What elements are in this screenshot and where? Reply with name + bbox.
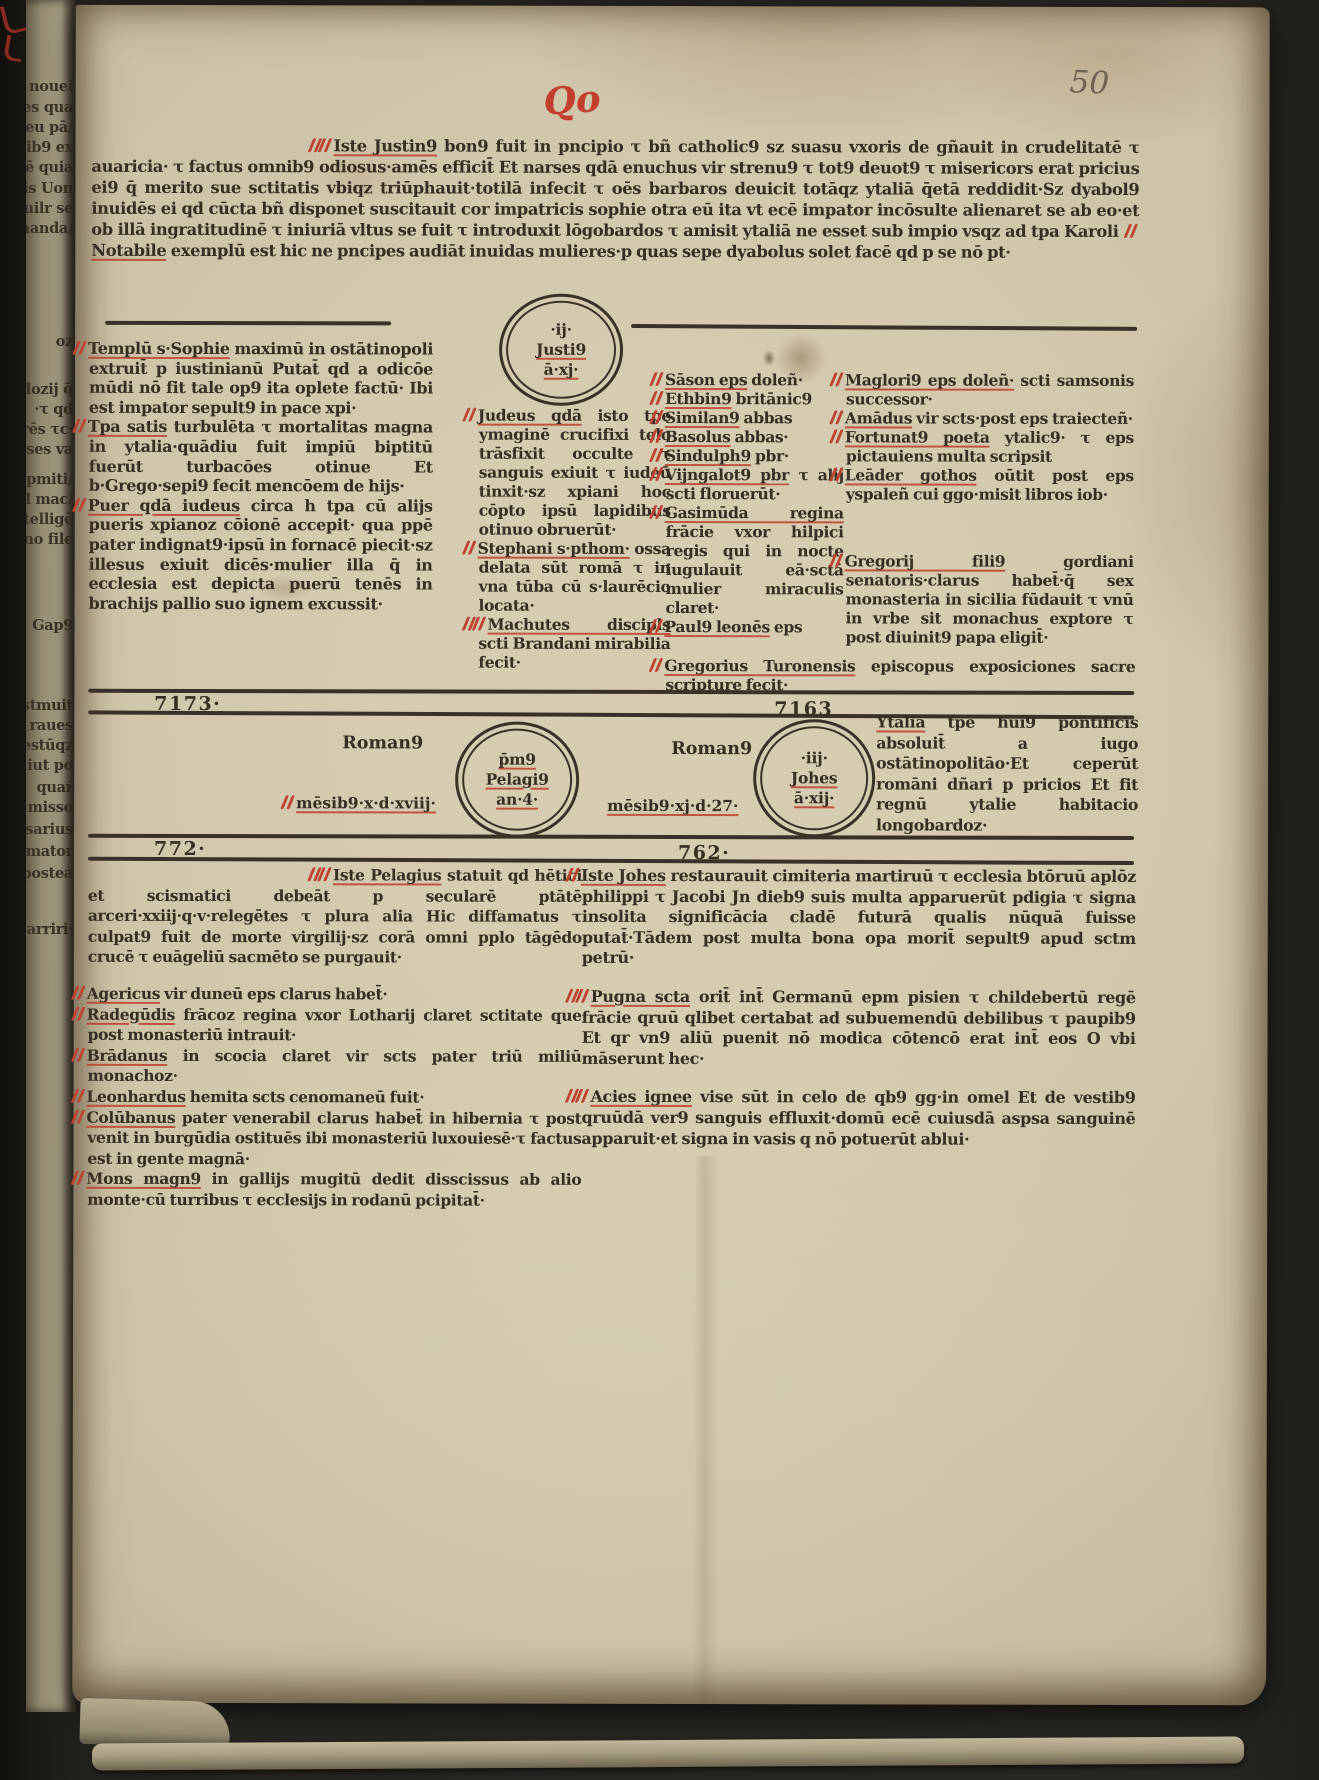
entry-head: Gregorius Turonensis: [664, 656, 855, 675]
section-rule-left: [105, 321, 391, 325]
margin-text-fragment: misso: [28, 799, 73, 816]
margin-text-fragment: iut po: [27, 757, 73, 774]
stain: [763, 350, 775, 366]
circle-ordinal: ·iij·: [791, 748, 838, 768]
pilcrow-icon: [464, 541, 475, 556]
pilcrow-icon: [650, 619, 661, 634]
margin-text-fragment: manda/: [26, 220, 73, 237]
section-rule-right: [631, 324, 1137, 330]
entry-head: Fortunat9 poeta: [845, 427, 990, 446]
column-3-wide-entry: Gregorius Turonensis episcopus exposicio…: [665, 656, 1135, 695]
entry-head: Mons magn9: [86, 1169, 201, 1188]
pilcrow-icon: [651, 410, 662, 425]
circle-anno: an·4·: [486, 790, 549, 810]
margin-text-fragment: dozij q̄: [26, 381, 73, 398]
column-4: Maglori9 eps doleñ· scti samsonis succes…: [845, 370, 1134, 647]
list-item: Sindulph9 pbr·: [666, 446, 844, 465]
pilcrow-icon: [651, 372, 662, 387]
margin-text-fragment: ib9 ex: [26, 139, 73, 156]
list-item: Colūbanus pater venerabil clarus habet̄ …: [87, 1107, 581, 1170]
entry-head: Gasimūda regina: [665, 503, 844, 522]
intro-body2: exemplū est hic ne pncipes audiāt inuida…: [171, 241, 1011, 262]
list-item: Vijngalot9 pbr τ alij scti floruerūt·: [666, 465, 844, 503]
pilcrow-icon: [650, 658, 661, 673]
pilcrow-icon: [651, 505, 662, 520]
list-item: Pugna scta orit̄ int̄ Germanū epm pisien…: [582, 987, 1136, 1071]
entry-head: Templū s·Sophie: [88, 339, 230, 358]
intro-body: bon9 fuit in pncipio τ bñ catholic9 sz s…: [91, 137, 1139, 241]
pilcrow-icon: [73, 1047, 84, 1062]
entry-head: Similan9: [665, 408, 740, 427]
margin-text-fragment: no file: [26, 531, 73, 548]
pilcrow-icon: [651, 391, 662, 406]
list-item: Agericus vir duneū eps clarus habet̄·: [88, 984, 582, 1006]
pilcrow-icon: [319, 138, 330, 153]
entry-head: Vijngalot9 pbr: [665, 465, 789, 484]
pilcrow-icon: [464, 408, 475, 423]
pontificate-months-1: mēsib9·x·d·xviij·: [282, 793, 436, 812]
entry-head: Radegūdis: [87, 1004, 175, 1023]
entry-head: Acies ignee: [590, 1087, 691, 1106]
circle-ordinal: ·ij·: [536, 319, 586, 339]
circle-name: Justi9: [536, 340, 586, 360]
margin-text-fragment: es qua: [26, 99, 73, 116]
entry-head: Judeus qdā: [478, 406, 582, 425]
red-mark-icon: [282, 795, 293, 810]
entry-head: Iste Johes: [581, 866, 666, 885]
pilcrow-icon: [651, 467, 662, 482]
list-item: Stephani s·pthom· ossa delata sūt romā τ…: [479, 539, 671, 615]
entry-head: Machutes discipls: [487, 615, 670, 634]
pilcrow-icon: [74, 497, 85, 512]
margin-text-fragment: is Uon: [26, 180, 73, 197]
pilcrow-icon: [567, 868, 578, 883]
pilcrow-icon: [577, 989, 588, 1004]
list-item: Sāson eps doleñ·: [666, 370, 844, 389]
pilcrow-icon: [72, 1109, 83, 1124]
book-page: Qo 50 Iste Justin9 bon9 fuit in pncipio …: [72, 5, 1270, 1705]
margin-text-fragment: estūqz: [26, 737, 73, 754]
entry-head: Leāder gothos: [845, 465, 977, 484]
column-3: Sāson eps doleñ·Ethbin9 britānic9Similan…: [665, 370, 844, 636]
pilcrow-icon: [651, 448, 662, 463]
intro-paragraph: Iste Justin9 bon9 fuit in pncipio τ bñ c…: [91, 135, 1139, 263]
list-item: Leonhardus hemita scts cenomaneū fuit·: [87, 1087, 581, 1109]
list-item: Brādanus in scocia claret vir scts pater…: [88, 1046, 582, 1088]
margin-text-fragment: raues: [30, 717, 73, 734]
list-item: Gregorius Turonensis episcopus exposicio…: [665, 656, 1135, 695]
pilcrow-icon: [831, 467, 842, 482]
column-1: Templū s·Sophie maximū in ostātinopoli e…: [89, 339, 434, 614]
list-item: Tpa satis turbulēta τ mortalitas magna i…: [89, 417, 433, 496]
pilcrow-icon: [831, 372, 842, 387]
list-item: Templū s·Sophie maximū in ostātinopoli e…: [89, 339, 433, 418]
list-item: Ethbin9 britānic9: [666, 389, 844, 408]
list-item: Similan9 abbas: [666, 408, 844, 427]
list-item: Leāder gothos oūtit post eps yspaleñ cui…: [846, 465, 1134, 504]
margin-text-fragment: al mac/: [26, 491, 73, 508]
margin-text-fragment: arriri·: [27, 921, 73, 938]
list-item: Iste Johes restaurauit cimiteria martiru…: [582, 866, 1136, 970]
red-corner-scribble: [0, 2, 28, 35]
lower-column-right: Iste Johes restaurauit cimiteria martiru…: [581, 866, 1136, 1150]
margin-text-fragment: sarius: [26, 821, 73, 838]
margin-text-fragment: iuilr se: [26, 200, 73, 217]
pilcrow-icon: [831, 553, 842, 568]
list-item: Amādus vir scts·post eps traiecteñ·: [846, 408, 1134, 428]
pilcrow-icon: [576, 1089, 587, 1104]
page-fold-shading: [692, 1156, 719, 1704]
margin-text-fragment: oz: [56, 333, 73, 350]
quire-mark-handwritten: Qo: [542, 76, 602, 124]
timeline-side-note: Ytalia tpe hui9 pontificis absoluit̄ a i…: [876, 712, 1138, 836]
intro-head2: Notabile: [91, 241, 166, 260]
months-text: mēsib9·x·d·xviij·: [296, 793, 436, 812]
list-item: Acies ignee vise sūt in celo de qb9 gg·i…: [581, 1087, 1135, 1150]
note-head: Ytalia: [876, 712, 925, 731]
pilcrow-icon: [73, 1006, 84, 1021]
page-stack-edge: [92, 1736, 1244, 1770]
list-item: Maglori9 eps doleñ· scti samsonis succes…: [846, 370, 1134, 409]
list-item: Puer qdā iudeus circa h tpa cū alijs pue…: [89, 496, 433, 614]
entry-head: Brādanus: [87, 1046, 168, 1065]
margin-text-fragment: quar̄: [36, 779, 73, 796]
pope-circle-pelagius: p̄m9 Pelagi9 an·4·: [455, 722, 579, 838]
margin-text-fragment: postea: [26, 865, 73, 882]
list-item: Judeus qdā isto tpe ymaginē crucifixi te…: [479, 406, 671, 539]
pilcrow-icon: [72, 1171, 83, 1186]
pontificate-months-2: mēsib9·xj·d·27·: [607, 796, 738, 815]
list-item: Mons magn9 in gallijs mugitū dedit dissc…: [87, 1169, 581, 1211]
margin-text-fragment: nouei: [29, 78, 73, 95]
margin-text-fragment: Gap9: [32, 617, 73, 634]
list-item: Fortunat9 poeta ytalic9· τ eps pictauien…: [846, 427, 1134, 466]
circle-ordinal: p̄m9: [486, 749, 549, 769]
entry-head: Tpa satis: [88, 417, 167, 436]
pilcrow-icon: [1125, 224, 1136, 239]
column-2: Judeus qdā isto tpe ymaginē crucifixi te…: [478, 406, 671, 672]
page-stack-edge: [79, 1698, 230, 1748]
list-item: Radegūdis frācoz regina vxor Lotharij cl…: [88, 1004, 582, 1046]
list-item: Machutes discipls scti Brandani mirabili…: [478, 615, 670, 672]
pilcrow-icon: [319, 867, 330, 882]
margin-text-fragment: stmuit: [26, 697, 73, 714]
entry-head: Paul9 leonēs: [664, 617, 769, 636]
intro-head: Iste Justin9: [333, 136, 437, 155]
margin-text-fragment: seu pā/: [26, 119, 73, 136]
margin-text-fragment: rēs τc·: [26, 421, 73, 438]
pilcrow-icon: [473, 617, 484, 632]
pilcrow-icon: [73, 986, 84, 1001]
entry-head: Amādus: [845, 408, 912, 427]
months-text: mēsib9·xj·d·27·: [607, 796, 738, 815]
pilcrow-icon: [74, 419, 85, 434]
margin-text-fragment: pmiti/: [26, 471, 73, 488]
margin-text-fragment: telligē: [26, 511, 73, 528]
lower-column-left: Iste Pelagius statuit qd hētici et scism…: [87, 865, 582, 1212]
list-item: Gasimūda regina frācie vxor hilpici regi…: [665, 503, 843, 617]
circle-anno: ā·xij·: [791, 788, 838, 808]
pope-circle-johannes: ·iij· Johes ā·xij·: [753, 719, 875, 837]
circle-name: Johes: [791, 768, 838, 788]
circle-name: Pelagi9: [486, 770, 549, 790]
entry-head: Basolus: [665, 427, 731, 446]
entry-head: Sindulph9: [665, 446, 751, 465]
margin-text-fragment: mator: [26, 843, 73, 860]
pilcrow-icon: [74, 341, 85, 356]
margin-text-fragment: ē quia: [26, 159, 73, 176]
folio-number-handwritten: 50: [1069, 64, 1110, 101]
entry-head: Puer qdā iudeus: [88, 496, 240, 515]
list-item: Gregorij fili9 gordiani senatoris·clarus…: [845, 551, 1133, 647]
entry-head: Colūbanus: [86, 1107, 175, 1126]
margin-text-fragment: ses va: [26, 441, 73, 458]
entry-head: Ethbin9: [665, 389, 732, 408]
entry-head: Leonhardus: [86, 1087, 185, 1106]
pope-label-romanus-1: Roman9: [342, 733, 423, 753]
entry-head: Iste Pelagius: [333, 865, 441, 884]
entry-head: Maglori9 eps doleñ·: [845, 370, 1014, 389]
pilcrow-icon: [831, 410, 842, 425]
entry-head: Sāson eps: [665, 370, 747, 389]
circle-anno: ā·xj·: [536, 360, 586, 380]
entry-head: Stephani s·pthom·: [478, 539, 630, 558]
entry-head: Gregorij fili9: [845, 551, 1006, 570]
list-item: Paul9 leonēs eps: [665, 617, 843, 636]
pilcrow-icon: [651, 429, 662, 444]
entry-head: Agericus: [87, 984, 160, 1003]
scanned-book-spread: noueies quaseu pā/ib9 exē quiais Uoniuil…: [0, 0, 1319, 1780]
list-item: Basolus abbas·: [666, 427, 844, 446]
pilcrow-icon: [72, 1089, 83, 1104]
margin-text-fragment: ·τ qd: [34, 401, 73, 418]
list-item: Iste Pelagius statuit qd hētici et scism…: [88, 865, 582, 969]
pope-label-romanus-2: Roman9: [671, 739, 752, 759]
pilcrow-icon: [831, 429, 842, 444]
entry-head: Pugna scta: [591, 987, 690, 1006]
emperor-circle-justinus: ·ij· Justi9 ā·xj·: [499, 294, 623, 406]
timeline-rule: [88, 857, 1134, 865]
red-corner-scribble: [3, 35, 25, 63]
previous-page-edge: noueies quaseu pā/ib9 exē quiais Uoniuil…: [26, 0, 76, 1712]
